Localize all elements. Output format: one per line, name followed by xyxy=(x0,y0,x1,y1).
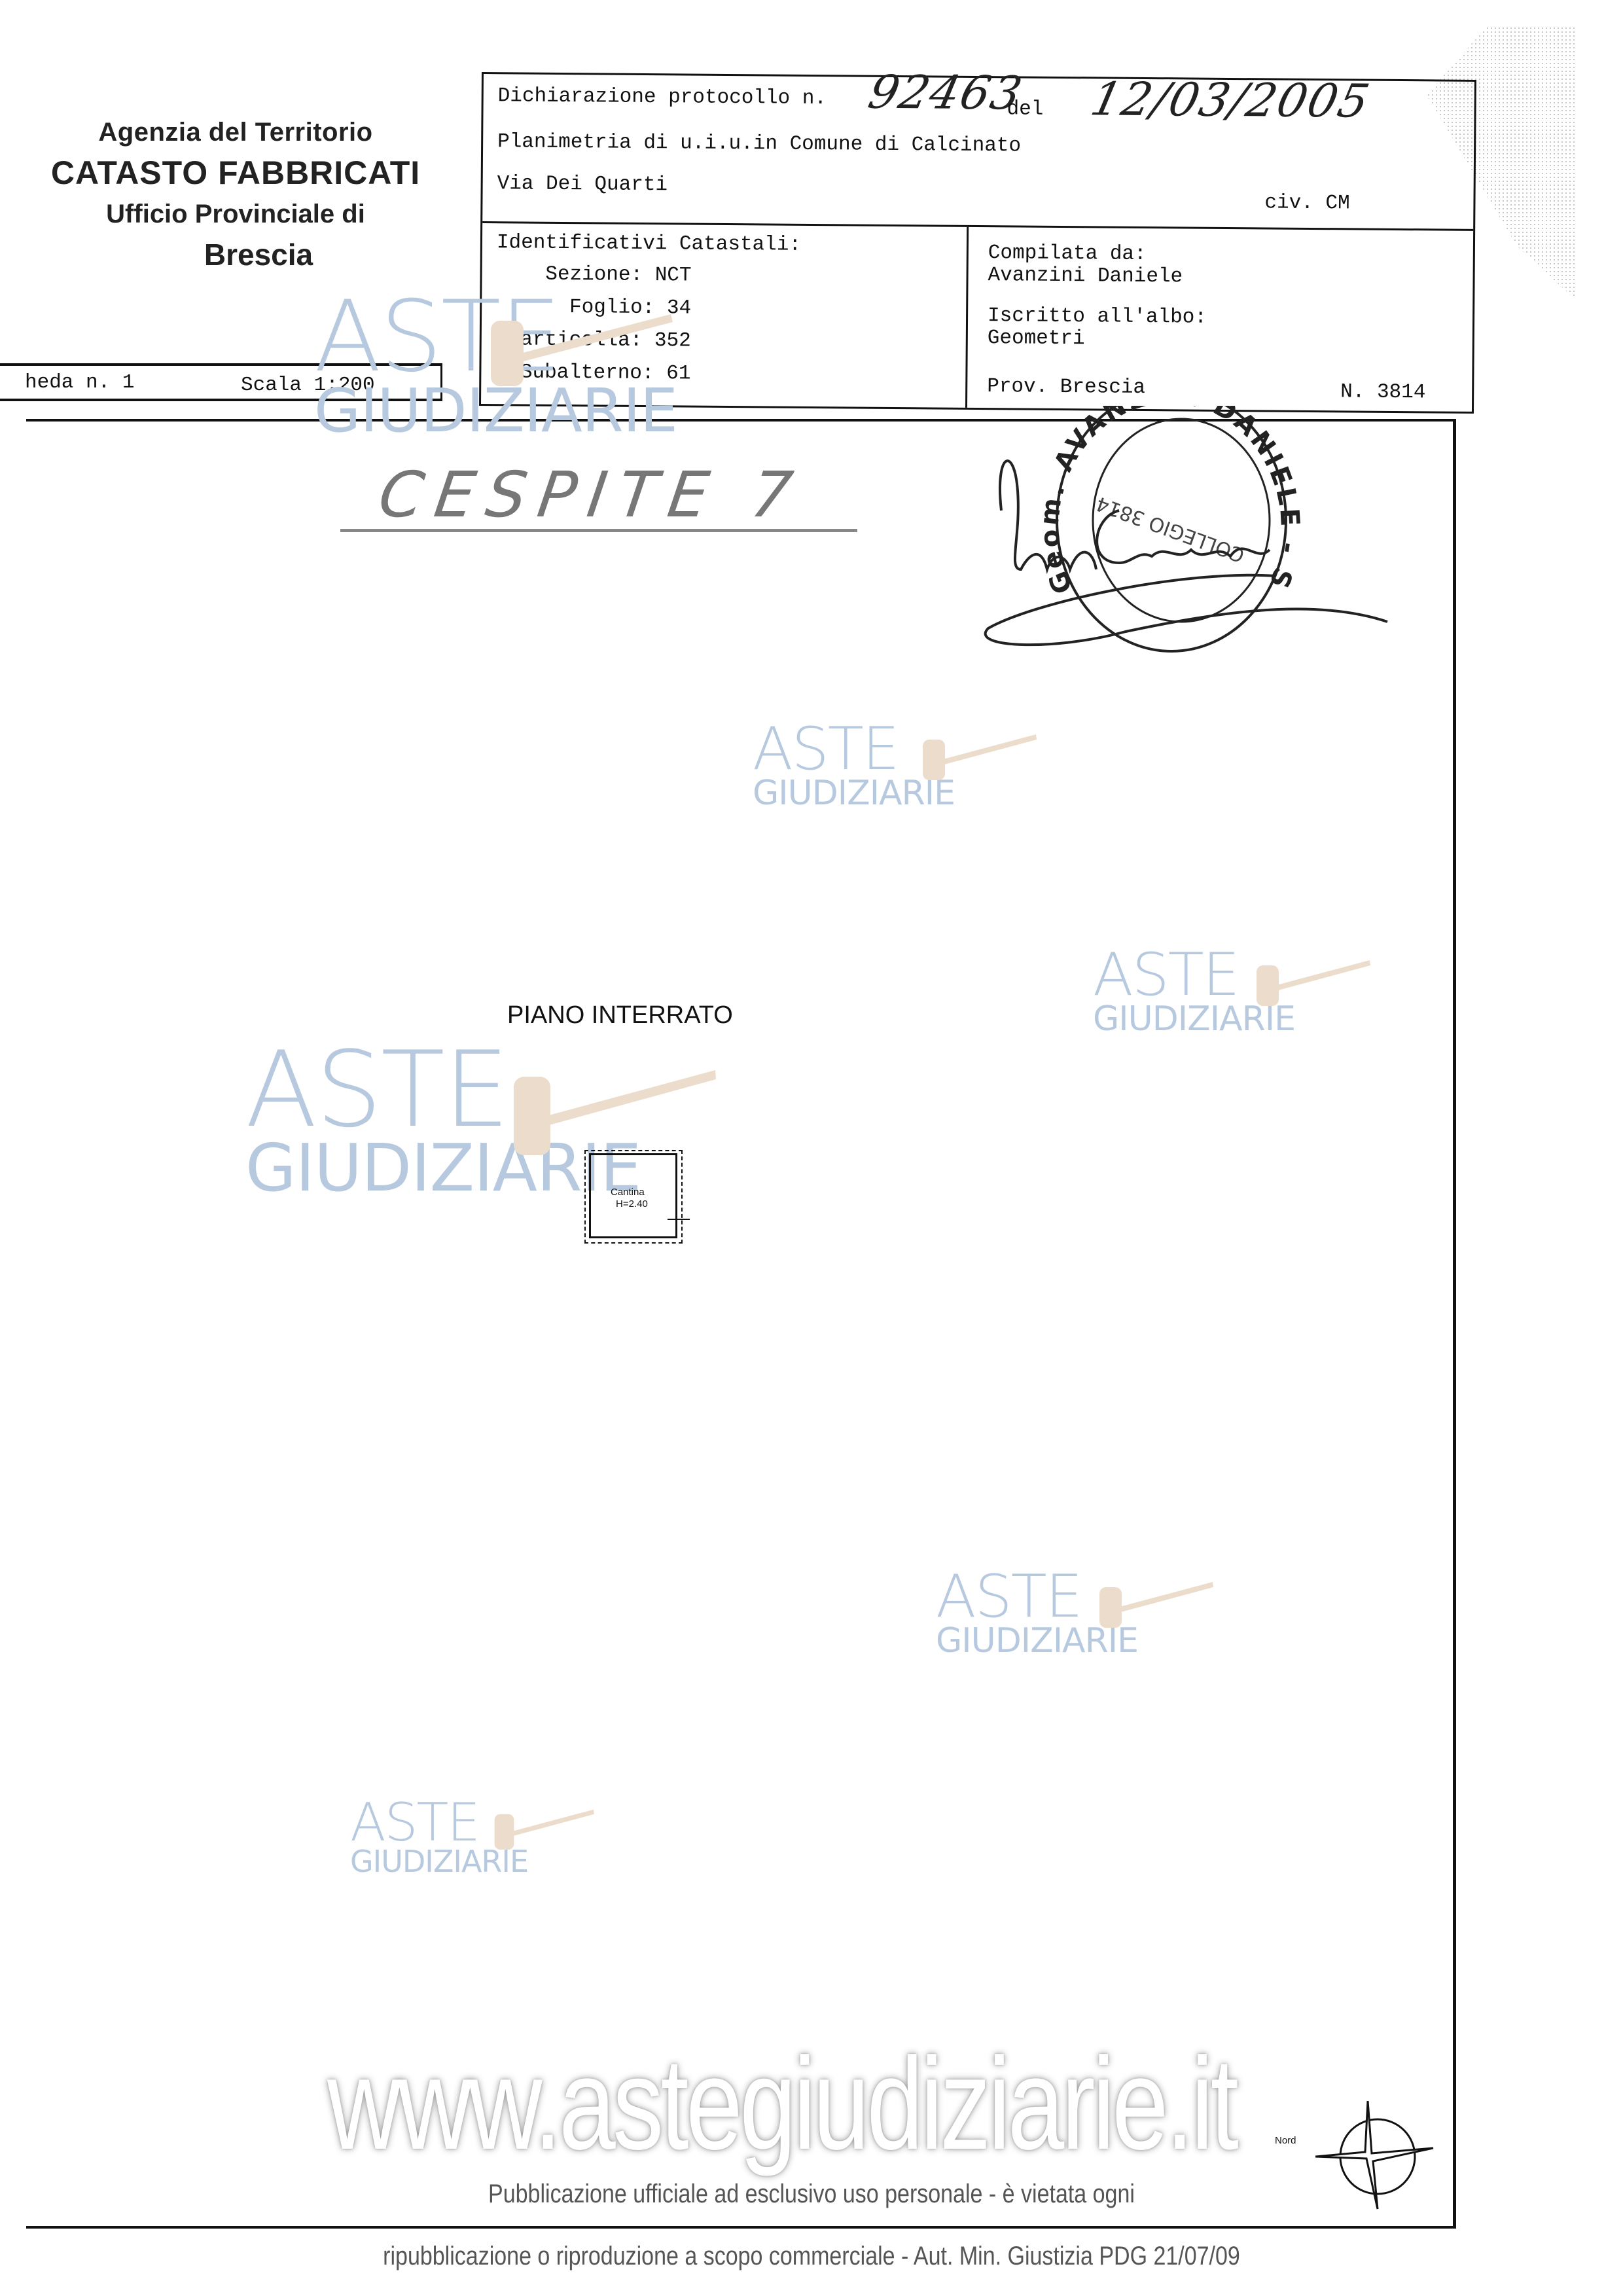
drawing-frame xyxy=(26,419,1456,2229)
watermark-logo: ASTE GIUDIZIARIE xyxy=(936,1568,1138,1658)
registration-number: N. 3814 xyxy=(1340,380,1426,404)
compiler-section: Compilata da: Avanzini Daniele Iscritto … xyxy=(967,227,1473,412)
office-header: Agenzia del Territorio CATASTO FABBRICAT… xyxy=(26,118,445,272)
svg-text:Geom. AVANZINI DANIELE - SALÒ: Geom. AVANZINI DANIELE - SALÒ - xyxy=(955,406,1305,598)
address-text: Via Dei Quarti xyxy=(497,172,668,196)
office-city: Brescia xyxy=(26,237,445,272)
identifiers-title: Identificativi Catastali: xyxy=(497,231,801,257)
compiler-label: Compilata da: xyxy=(988,242,1147,266)
gavel-icon xyxy=(1253,959,1371,1011)
room-cantina: Cantina H=2.40 xyxy=(589,1153,677,1238)
watermark-logo: ASTE GIUDIZIARIE xyxy=(350,1797,528,1876)
footer-line-1: Pubblicazione ufficiale ad esclusivo uso… xyxy=(122,2179,1501,2209)
gavel-icon xyxy=(484,308,674,393)
protocol-label: Dichiarazione protocollo n. xyxy=(498,84,827,110)
gavel-icon xyxy=(507,1064,717,1162)
albo-label: Iscritto all'albo: xyxy=(988,304,1207,329)
albo-value: Geometri xyxy=(988,327,1085,350)
civic-number: civ. CM xyxy=(1264,191,1350,215)
stamp-icon: Geom. AVANZINI DANIELE - SALÒ - COLLEGIO… xyxy=(955,406,1305,651)
planimetria-text: Planimetria di u.i.u.in Comune di Calcin… xyxy=(497,130,1021,157)
room-height: H=2.40 xyxy=(616,1198,648,1210)
gavel-icon xyxy=(919,733,1037,785)
catasto-title: CATASTO FABBRICATI xyxy=(26,154,445,192)
del-label: del xyxy=(1007,98,1043,120)
floor-label: PIANO INTERRATO xyxy=(507,1001,733,1030)
handwritten-note: CESPITE 7 xyxy=(374,458,808,531)
compiler-name: Avanzini Daniele xyxy=(988,264,1183,288)
protocol-number: 92463 xyxy=(864,65,1028,120)
office-subtitle: Ufficio Provinciale di xyxy=(26,200,445,229)
declaration-date: 12/03/2005 xyxy=(1086,72,1376,128)
wall-tick xyxy=(668,1219,690,1220)
stamp-inner-text: COLLEGIO 3814 xyxy=(1093,492,1247,566)
stamp-outer-text: Geom. AVANZINI DANIELE - SALÒ - xyxy=(955,406,1305,598)
gavel-icon xyxy=(1096,1581,1214,1633)
watermark-logo: ASTE GIUDIZIARIE xyxy=(1093,946,1295,1036)
scheda-number: heda n. 1 xyxy=(25,371,134,394)
note-underline xyxy=(340,529,857,532)
north-label: Nord xyxy=(1275,2135,1296,2146)
stamp-signature: Geom. AVANZINI DANIELE - SALÒ - COLLEGIO… xyxy=(955,406,1414,668)
watermark-logo: ASTE GIUDIZIARIE xyxy=(245,1037,641,1201)
url-watermark: www.astegiudiziarie.it xyxy=(327,2029,1236,2179)
gavel-icon xyxy=(491,1808,596,1854)
room-name: Cantina xyxy=(611,1187,645,1198)
watermark-logo: ASTE GIUDIZIARIE xyxy=(753,720,955,810)
declaration-header: Dichiarazione protocollo n. 92463 del 12… xyxy=(482,74,1474,231)
watermark-logo: ASTE GIUDIZIARIE xyxy=(314,288,677,441)
footer-line-2: ripubblicazione o riproduzione a scopo c… xyxy=(122,2242,1501,2271)
province-text: Prov. Brescia xyxy=(987,375,1145,399)
identifier-value: NCT xyxy=(655,264,692,287)
agency-name: Agenzia del Territorio xyxy=(26,118,445,147)
